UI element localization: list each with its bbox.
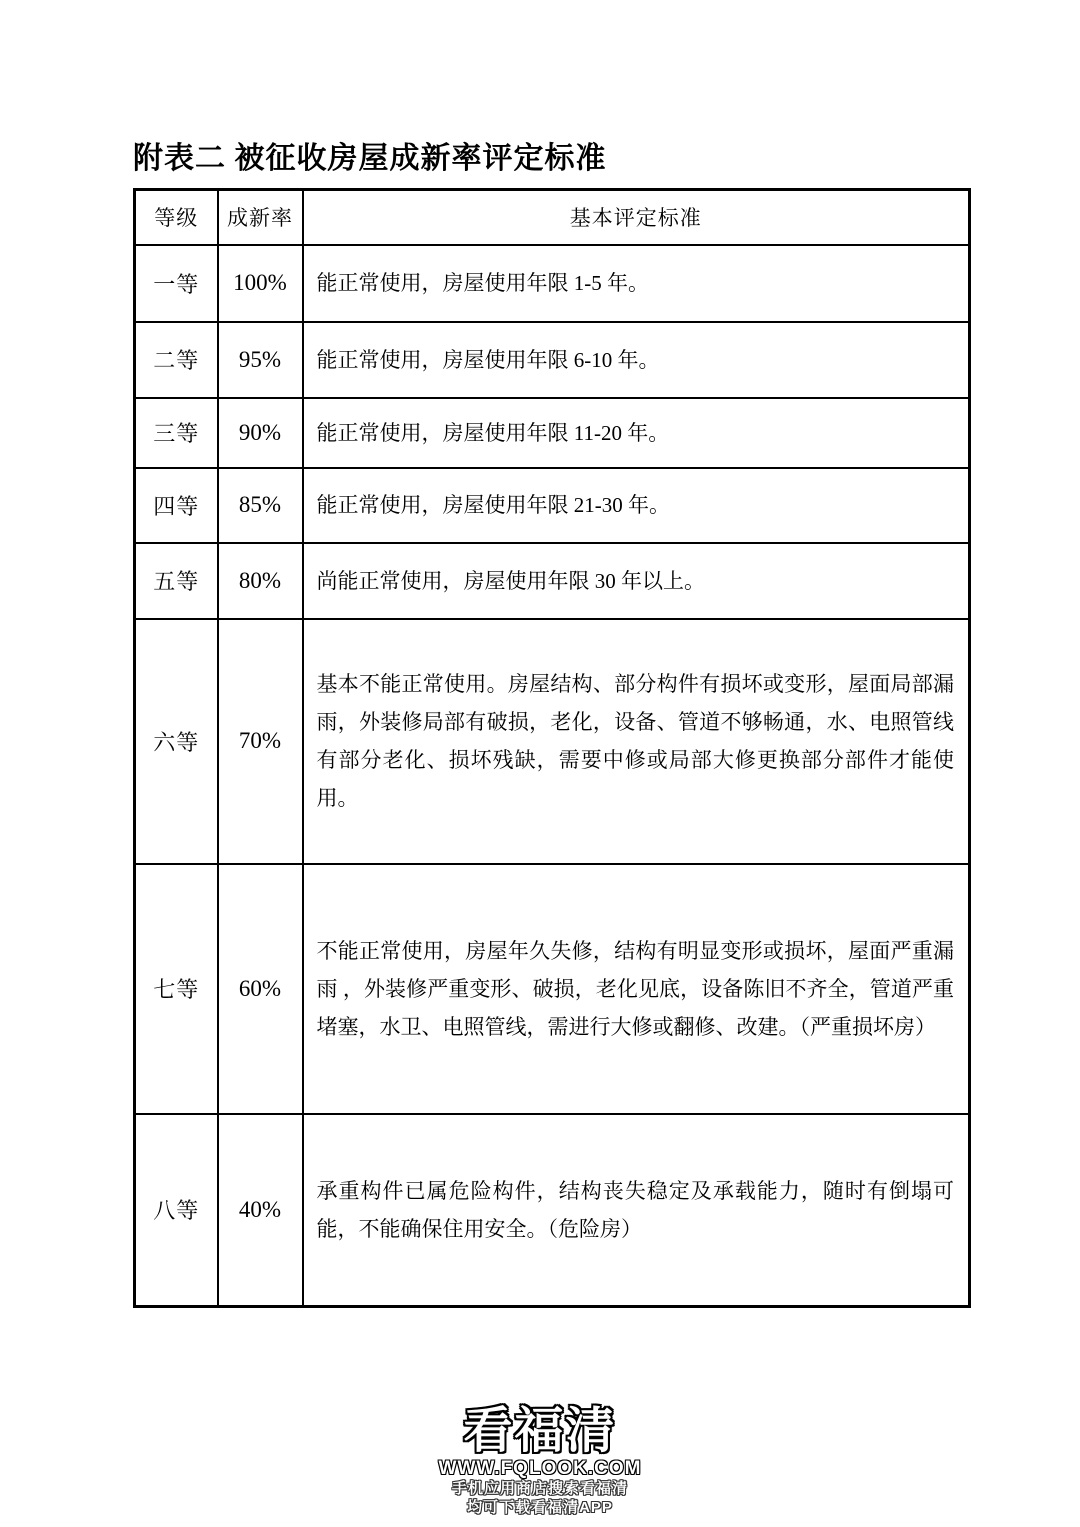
grade-cell: 七等 bbox=[135, 864, 218, 1114]
grade-cell: 八等 bbox=[135, 1114, 218, 1307]
watermark-line2: 均可下载看福清APP bbox=[0, 1500, 1080, 1516]
table-row: 三等 90% 能正常使用，房屋使用年限 11-20 年。 bbox=[135, 398, 970, 468]
criteria-cell: 尚能正常使用，房屋使用年限 30 年以上。 bbox=[303, 543, 970, 619]
rate-cell: 95% bbox=[218, 322, 303, 398]
grade-cell: 三等 bbox=[135, 398, 218, 468]
table-row: 一等 100% 能正常使用，房屋使用年限 1-5 年。 bbox=[135, 245, 970, 322]
table-row: 四等 85% 能正常使用，房屋使用年限 21-30 年。 bbox=[135, 468, 970, 543]
watermark-line1: 手机应用商店搜索看福清 bbox=[0, 1481, 1080, 1497]
grade-cell: 四等 bbox=[135, 468, 218, 543]
table-row: 六等 70% 基本不能正常使用。房屋结构、部分构件有损坏或变形，屋面局部漏雨，外… bbox=[135, 619, 970, 864]
grade-cell: 二等 bbox=[135, 322, 218, 398]
header-row: 等级 成新率 基本评定标准 bbox=[135, 190, 970, 245]
criteria-cell: 能正常使用，房屋使用年限 11-20 年。 bbox=[303, 398, 970, 468]
criteria-cell: 基本不能正常使用。房屋结构、部分构件有损坏或变形，屋面局部漏雨，外装修局部有破损… bbox=[303, 619, 970, 864]
table-row: 五等 80% 尚能正常使用，房屋使用年限 30 年以上。 bbox=[135, 543, 970, 619]
criteria-cell: 承重构件已属危险构件，结构丧失稳定及承载能力，随时有倒塌可能，不能确保住用安全。… bbox=[303, 1114, 970, 1307]
grade-cell: 一等 bbox=[135, 245, 218, 322]
document-page: 附表二 被征收房屋成新率评定标准 等级 成新率 基本评定标准 一等 100% 能… bbox=[0, 0, 1080, 1527]
column-header-grade: 等级 bbox=[135, 190, 218, 245]
criteria-cell: 能正常使用，房屋使用年限 21-30 年。 bbox=[303, 468, 970, 543]
rate-cell: 100% bbox=[218, 245, 303, 322]
watermark-url: WWW.FQLOOK.COM bbox=[0, 1459, 1080, 1478]
grade-cell: 六等 bbox=[135, 619, 218, 864]
rate-cell: 70% bbox=[218, 619, 303, 864]
grade-cell: 五等 bbox=[135, 543, 218, 619]
rate-cell: 80% bbox=[218, 543, 303, 619]
rate-cell: 40% bbox=[218, 1114, 303, 1307]
rate-cell: 85% bbox=[218, 468, 303, 543]
watermark-logo: 看福清 bbox=[0, 1406, 1080, 1456]
criteria-cell: 不能正常使用，房屋年久失修，结构有明显变形或损坏，屋面严重漏雨 ，外装修严重变形… bbox=[303, 864, 970, 1114]
column-header-rate: 成新率 bbox=[218, 190, 303, 245]
table-row: 二等 95% 能正常使用，房屋使用年限 6-10 年。 bbox=[135, 322, 970, 398]
rate-cell: 60% bbox=[218, 864, 303, 1114]
table-row: 七等 60% 不能正常使用，房屋年久失修，结构有明显变形或损坏，屋面严重漏雨 ，… bbox=[135, 864, 970, 1114]
page-title: 附表二 被征收房屋成新率评定标准 bbox=[133, 133, 607, 177]
criteria-cell: 能正常使用，房屋使用年限 1-5 年。 bbox=[303, 245, 970, 322]
criteria-cell: 能正常使用，房屋使用年限 6-10 年。 bbox=[303, 322, 970, 398]
table-row: 八等 40% 承重构件已属危险构件，结构丧失稳定及承载能力，随时有倒塌可能，不能… bbox=[135, 1114, 970, 1307]
column-header-criteria: 基本评定标准 bbox=[303, 190, 970, 245]
watermark: 看福清 WWW.FQLOOK.COM 手机应用商店搜索看福清 均可下载看福清AP… bbox=[0, 1406, 1080, 1516]
rating-table: 等级 成新率 基本评定标准 一等 100% 能正常使用，房屋使用年限 1-5 年… bbox=[133, 188, 971, 1308]
rate-cell: 90% bbox=[218, 398, 303, 468]
